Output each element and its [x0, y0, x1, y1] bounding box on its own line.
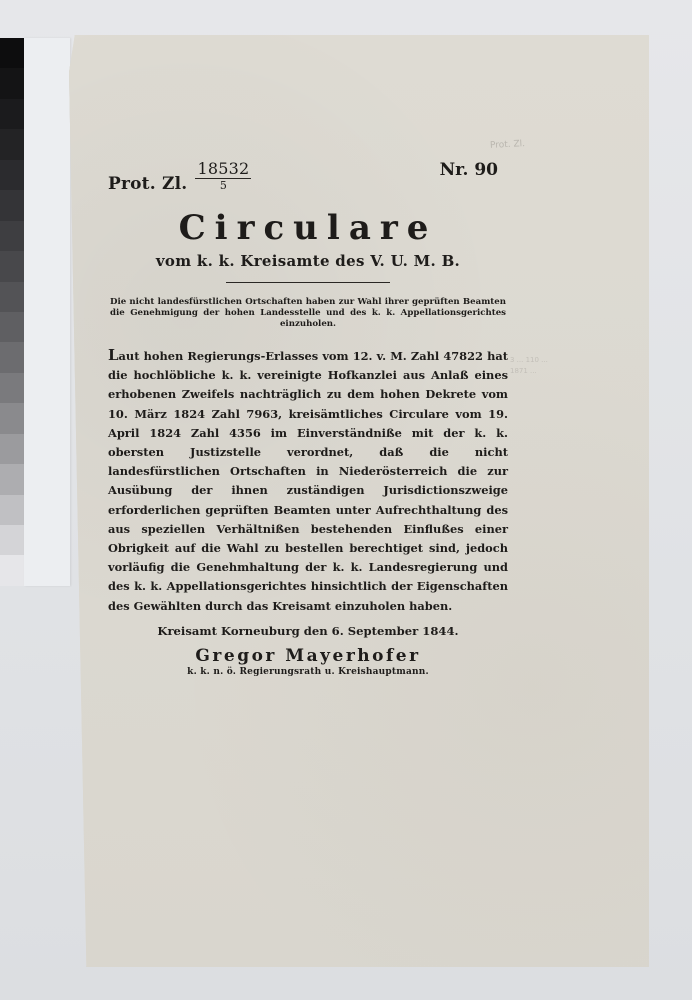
title-divider [226, 282, 390, 283]
gray-patch [0, 282, 24, 312]
gray-patch [0, 99, 24, 129]
gray-patch [0, 251, 24, 281]
protocol-number: Prot. Zl. 18532 5 [108, 160, 251, 194]
grayscale-calibration-strip [0, 38, 24, 586]
gray-patch [0, 525, 24, 555]
gray-patch [0, 190, 24, 220]
gray-patch [0, 221, 24, 251]
protocol-fraction: 18532 5 [195, 160, 251, 192]
gray-patch [0, 68, 24, 98]
document-subtitle: vom k. k. Kreisamte des V. U. M. B. [108, 252, 508, 270]
gray-patch [0, 160, 24, 190]
protocol-number-top: 18532 [195, 160, 251, 179]
body-paragraph: Laut hohen Regierungs-Erlasses vom 12. v… [108, 346, 508, 616]
gray-patch [0, 342, 24, 372]
pencil-annotation: Prot. Zl. [490, 139, 526, 151]
signatory-title: k. k. n. ö. Regierungsrath u. Kreishaupt… [108, 667, 508, 677]
gray-patch [0, 495, 24, 525]
gray-patch [0, 434, 24, 464]
gray-patch [0, 129, 24, 159]
summary-paragraph: Die nicht landesfürstlichen Ortschaften … [108, 297, 508, 330]
gray-patch [0, 373, 24, 403]
gray-patch [0, 403, 24, 433]
gray-patch [0, 38, 24, 68]
gray-patch [0, 464, 24, 494]
body-text: aut hohen Regierungs-Erlasses vom 12. v.… [108, 349, 508, 613]
document-content: Prot. Zl. 18532 5 Nr. 90 Circulare vom k… [108, 160, 508, 677]
gray-patch [0, 555, 24, 585]
protocol-number-bottom: 5 [195, 179, 251, 192]
white-reference-strip [24, 38, 70, 586]
document-header: Prot. Zl. 18532 5 Nr. 90 [108, 160, 508, 196]
document-title: Circulare [108, 208, 508, 248]
place-and-date: Kreisamt Korneuburg den 6. September 184… [108, 624, 508, 638]
protocol-label: Prot. Zl. [108, 174, 187, 194]
drop-cap: L [108, 346, 119, 364]
circular-number: Nr. 90 [440, 160, 498, 180]
gray-patch [0, 312, 24, 342]
signatory-name: Gregor Mayerhofer [108, 646, 508, 666]
bleed-through-marks: 3 ... 110 ... 1871 ... [510, 355, 550, 425]
